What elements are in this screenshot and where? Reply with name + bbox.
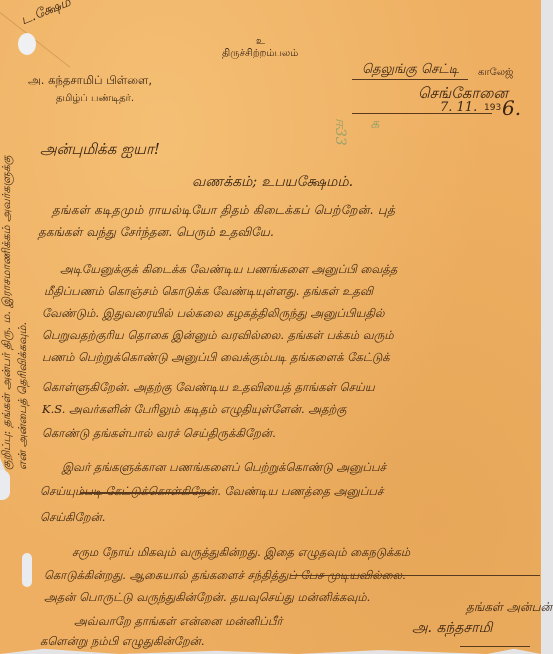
body-line: கொண்டு தங்கள்பால் வரச் செய்திருக்கிறேன். bbox=[42, 426, 276, 442]
strikethrough-mark bbox=[80, 492, 210, 494]
body-line: செய்கிறேன். bbox=[40, 510, 105, 526]
paper-tear bbox=[22, 553, 32, 587]
college-underline bbox=[352, 79, 468, 80]
invocation-symbol: உ bbox=[256, 36, 265, 48]
valediction: தங்கள் அன்பன் bbox=[466, 600, 552, 616]
margin-note-line: என் அன்பைத் தெரிவிக்கவும். bbox=[16, 170, 31, 470]
date-year-digit: 6. bbox=[502, 96, 521, 120]
body-line: இவர் தங்களுக்கான பணங்களைப் பெற்றுக்கொண்ட… bbox=[62, 460, 386, 476]
paper-fold-crease bbox=[0, 12, 70, 128]
body-line: சரும நோய் மிகவும் வருத்துகின்றது. இதை எழ… bbox=[72, 545, 410, 561]
body-line: அவ்வாறே தாங்கள் என்னை மன்னிப்பீர் bbox=[74, 614, 283, 630]
sender-title: தமிழ்ப் பண்டிதர். bbox=[56, 93, 134, 105]
sender-name: அ. கந்தசாமிப் பிள்ளை, bbox=[28, 73, 152, 89]
greeting: வணக்கம்; உபயக்ஷேமம். bbox=[192, 174, 353, 192]
body-line: மீதிப்பணம் கொஞ்சம் கொடுக்க வேண்டியுள்ளது… bbox=[44, 284, 373, 300]
body-line: K.S. அவர்களின் பேரிலும் கடிதம் எழுதியுள்… bbox=[42, 402, 347, 418]
archive-stamp: ஈ33 bbox=[330, 118, 348, 146]
body-line: களென்று நம்பி எழுதுகின்றேன். bbox=[40, 634, 205, 650]
college-printed-suffix: காலேஜ் bbox=[478, 67, 513, 79]
signature: அ. கந்தசாமி bbox=[412, 620, 492, 638]
body-line: அதன் பொருட்டு வருந்துகின்றேன். தயவுசெய்த… bbox=[44, 590, 370, 606]
body-line: அடியேனுக்குக் கிடைக்க வேண்டிய பணங்களை அன… bbox=[60, 262, 397, 278]
date-printed-year: 193 bbox=[484, 103, 501, 113]
archive-small-mark: ௧ bbox=[370, 116, 380, 134]
body-line: பணம் பெற்றுக்கொண்டு அனுப்பி வைக்கும்படி … bbox=[42, 350, 390, 366]
body-line: தகங்கள் வந்து சேர்ந்தன. பெரும் உதவியே. bbox=[38, 225, 274, 241]
strikethrough-mark bbox=[290, 575, 540, 576]
salutation: அன்புமிக்க ஐயா! bbox=[40, 140, 160, 160]
body-line: தங்கள் கடிதமும் ராயல்டியோ திதம் கிடைக்கப… bbox=[52, 203, 395, 219]
punch-hole bbox=[18, 33, 36, 55]
body-line: கொடுக்கின்றது. ஆகையால் தங்களைச் சந்தித்த… bbox=[44, 568, 406, 584]
body-line: வேண்டும். இதுவரையில் பல்கலை கழகத்திலிருந… bbox=[42, 306, 384, 322]
date-handwritten: 7. 11. bbox=[440, 100, 477, 115]
margin-note-line: குறிப்பு: தங்கள் அன்பர் திரு. ம. இராசமாண… bbox=[0, 170, 15, 470]
college-name-handwritten: தெலுங்கு செட்டி bbox=[362, 62, 459, 78]
body-line: பெறுவதற்குரிய தொகை இன்னும் வரவில்லை. தங்… bbox=[42, 328, 394, 344]
paper-tear bbox=[0, 470, 10, 500]
body-line: கொள்ளுகிறேன். அதற்கு வேண்டிய உதவியைத் தா… bbox=[42, 380, 375, 396]
letterhead-invocation: திருச்சிற்றம்பலம் bbox=[222, 48, 298, 60]
signature-underline bbox=[460, 646, 530, 647]
